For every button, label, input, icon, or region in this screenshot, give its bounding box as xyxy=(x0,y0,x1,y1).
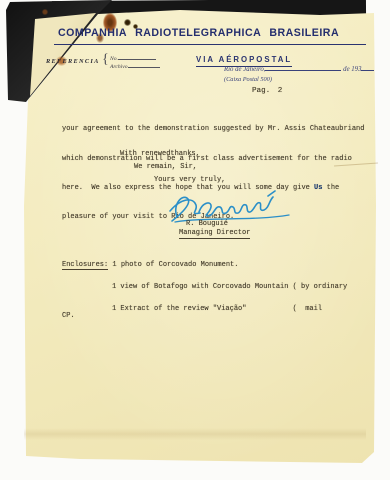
typed-signer-name: R. Bouguié xyxy=(186,220,228,228)
archivo-blank-line xyxy=(128,62,160,68)
company-name: COMPANHIA RADIOTELEGRAPHICA BRASILEIRA xyxy=(58,27,366,39)
enclosure-item: 1 photo of Corcovado Monument. xyxy=(108,261,238,269)
scanned-letter-page: COMPANHIA RADIOTELEGRAPHICA BRASILEIRA R… xyxy=(0,0,390,480)
closing-remain: We remain, Sir, xyxy=(134,163,197,171)
ink-stain xyxy=(124,19,131,26)
typist-initials: CP. xyxy=(62,312,75,320)
title-rule xyxy=(54,44,366,45)
enclosure-line: Enclosures: 1 photo of Corcovado Monumen… xyxy=(62,262,347,269)
enclosure-item: 1 Extract of the review "Viação" ( mail xyxy=(112,306,347,313)
typed-signer-title: Managing Director xyxy=(179,229,250,239)
body-text: the xyxy=(322,184,339,192)
handwritten-signature xyxy=(163,190,297,228)
referencia-no-field: No. xyxy=(110,54,156,62)
enclosure-item: 1 view of Botafogo with Corcovado Mounta… xyxy=(112,284,347,291)
enclosures-block: Enclosures: 1 photo of Corcovado Monumen… xyxy=(62,247,347,328)
enclosures-label: Enclosures: xyxy=(62,261,108,270)
year-blank-line xyxy=(361,65,374,71)
body-line: which demonstration will be a first clas… xyxy=(62,155,364,165)
date-suffix: de 193 xyxy=(343,66,361,73)
closing-valediction: Yours very truly, xyxy=(154,176,225,184)
referencia-archivo-field: Archivo xyxy=(110,62,160,70)
closing-thanks: With renewedthanks, xyxy=(120,150,200,158)
referencia-label: REFERENCIA xyxy=(46,58,100,65)
place-date-line: Rio de Janeiro, de 193 xyxy=(224,65,374,73)
no-blank-line xyxy=(118,54,156,60)
place-label: Rio de Janeiro, xyxy=(224,66,265,73)
page-number: Pag. 2 xyxy=(252,87,282,95)
caixa-postal: (Caixa Postal 500) xyxy=(224,76,272,83)
paper-crease xyxy=(24,428,366,440)
referencia-brace: { xyxy=(102,52,109,68)
body-line: your agreement to the demonstration sugg… xyxy=(62,125,364,135)
archivo-label: Archivo xyxy=(110,64,128,70)
date-blank-line xyxy=(265,65,341,71)
ink-stain xyxy=(42,9,48,15)
